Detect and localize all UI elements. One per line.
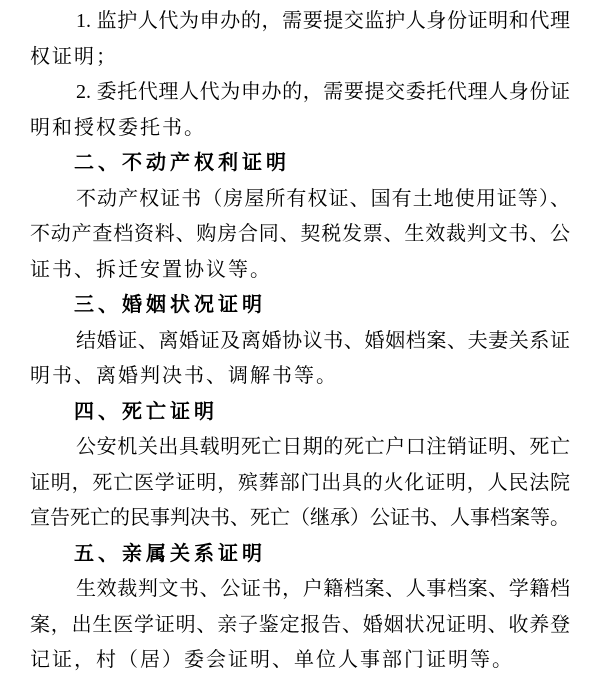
paragraph-agent-line-1: 2. 委托代理人代为申办的，需要提交委托代理人身份证 bbox=[30, 75, 570, 111]
paragraph-kinship-line-1: 生效裁判文书、公证书，户籍档案、人事档案、学籍档 bbox=[30, 572, 570, 608]
section-heading-property-rights: 二、不动产权利证明 bbox=[30, 146, 570, 182]
paragraph-marriage-line-2: 明书、离婚判决书、调解书等。 bbox=[30, 359, 570, 395]
paragraph-property-line-1: 不动产权证书（房屋所有权证、国有土地使用证等）、 bbox=[30, 182, 570, 218]
paragraph-marriage-line-1: 结婚证、离婚证及离婚协议书、婚姻档案、夫妻关系证 bbox=[30, 324, 570, 360]
paragraph-guardian-line-2: 权证明； bbox=[30, 40, 570, 76]
section-heading-death-certificate: 四、死亡证明 bbox=[30, 395, 570, 431]
section-heading-kinship: 五、亲属关系证明 bbox=[30, 537, 570, 573]
paragraph-death-line-1: 公安机关出具载明死亡日期的死亡户口注销证明、死亡 bbox=[30, 430, 570, 466]
paragraph-guardian-line-1: 1. 监护人代为申办的，需要提交监护人身份证明和代理 bbox=[30, 4, 570, 40]
paragraph-death-line-2: 证明，死亡医学证明，殡葬部门出具的火化证明，人民法院 bbox=[30, 466, 570, 502]
paragraph-agent-line-2: 明和授权委托书。 bbox=[30, 111, 570, 147]
section-heading-marriage-status: 三、婚姻状况证明 bbox=[30, 288, 570, 324]
paragraph-death-line-3: 宣告死亡的民事判决书、死亡（继承）公证书、人事档案等。 bbox=[30, 501, 570, 537]
paragraph-kinship-line-3: 记证，村（居）委会证明、单位人事部门证明等。 bbox=[30, 643, 570, 679]
document-page: 1. 监护人代为申办的，需要提交监护人身份证明和代理 权证明； 2. 委托代理人… bbox=[0, 0, 600, 688]
paragraph-property-line-3: 证书、拆迁安置协议等。 bbox=[30, 253, 570, 289]
paragraph-property-line-2: 不动产查档资料、购房合同、契税发票、生效裁判文书、公 bbox=[30, 217, 570, 253]
paragraph-kinship-line-2: 案，出生医学证明、亲子鉴定报告、婚姻状况证明、收养登 bbox=[30, 608, 570, 644]
